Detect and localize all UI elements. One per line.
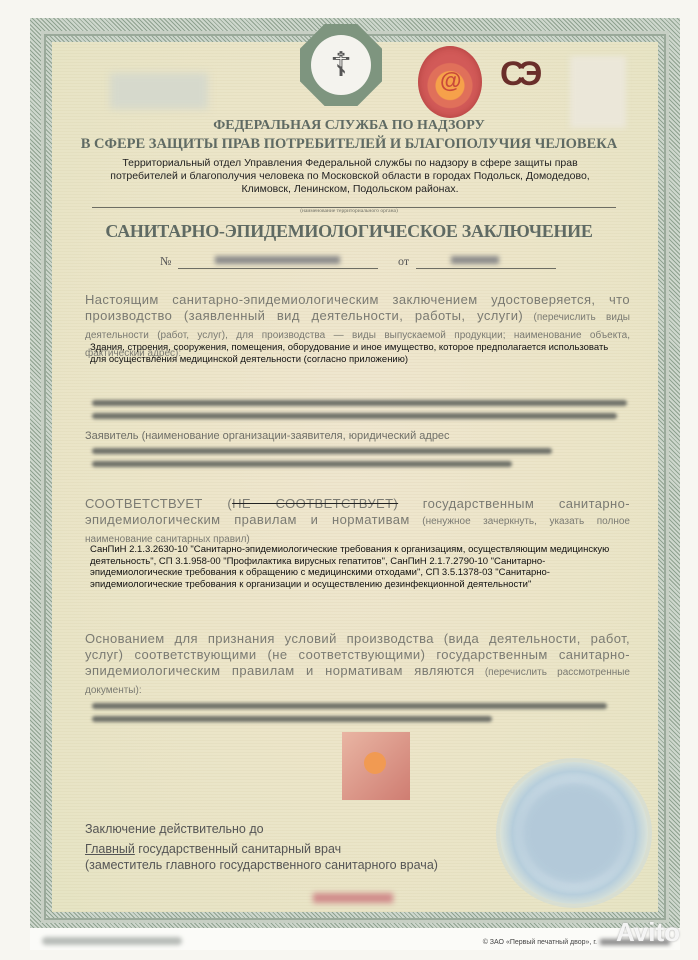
avito-watermark: Avito: [616, 917, 680, 948]
hologram-stamp: [342, 732, 410, 800]
se-logo: СЭ: [500, 55, 536, 94]
hologram-sticker: @: [418, 46, 482, 118]
redacted-applicant: [92, 461, 512, 467]
redacted-documents: [92, 716, 492, 722]
redacted-footer-text: [42, 937, 182, 945]
basis-paragraph: Основанием для признания условий произво…: [85, 631, 630, 699]
redacted-signature: [313, 893, 393, 903]
territorial-body: Территориальный отдел Управления Федерал…: [90, 157, 610, 196]
agency-name-line2: В СФЕРЕ ЗАЩИТЫ ПРАВ ПОТРЕБИТЕЛЕЙ И БЛАГО…: [0, 136, 698, 153]
deputy-label: (заместитель главного государственного с…: [85, 858, 438, 872]
redacted-address: [92, 400, 627, 406]
redacted-documents: [92, 703, 607, 709]
rospotrebnadzor-emblem: ☦: [300, 24, 382, 106]
redacted-date: [451, 256, 499, 264]
rules-value: СанПиН 2.1.3.2630-10 "Санитарно-эпидемио…: [90, 544, 610, 590]
redacted-address: [92, 413, 617, 419]
eagle-icon: ☦: [311, 35, 371, 95]
official-seal: [500, 762, 648, 904]
redacted-number: [215, 256, 340, 264]
redacted-applicant: [92, 448, 552, 454]
compliance-paragraph: СООТВЕТСТВУЕТ (НЕ СООТВЕТСТВУЕТ) государ…: [85, 496, 630, 548]
agency-name-line1: ФЕДЕРАЛЬНАЯ СЛУЖБА ПО НАДЗОРУ: [0, 118, 698, 134]
redacted-series-number: [110, 73, 208, 109]
chief-doctor-label: Главный государственный санитарный врач: [85, 842, 341, 856]
number-label: №: [160, 254, 171, 269]
activity-value: Здания, строения, сооружения, помещения,…: [90, 342, 610, 365]
footer-strip: © ЗАО «Первый печатный двор», г.: [30, 928, 680, 950]
document-title: САНИТАРНО-ЭПИДЕМИОЛОГИЧЕСКОЕ ЗАКЛЮЧЕНИЕ: [0, 221, 698, 242]
territorial-caption: (наименование территориального органа): [0, 208, 698, 214]
applicant-label: Заявитель (наименование организации-заяв…: [85, 430, 630, 442]
date-label: от: [398, 254, 409, 269]
valid-until-label: Заключение действительно до: [85, 822, 264, 836]
